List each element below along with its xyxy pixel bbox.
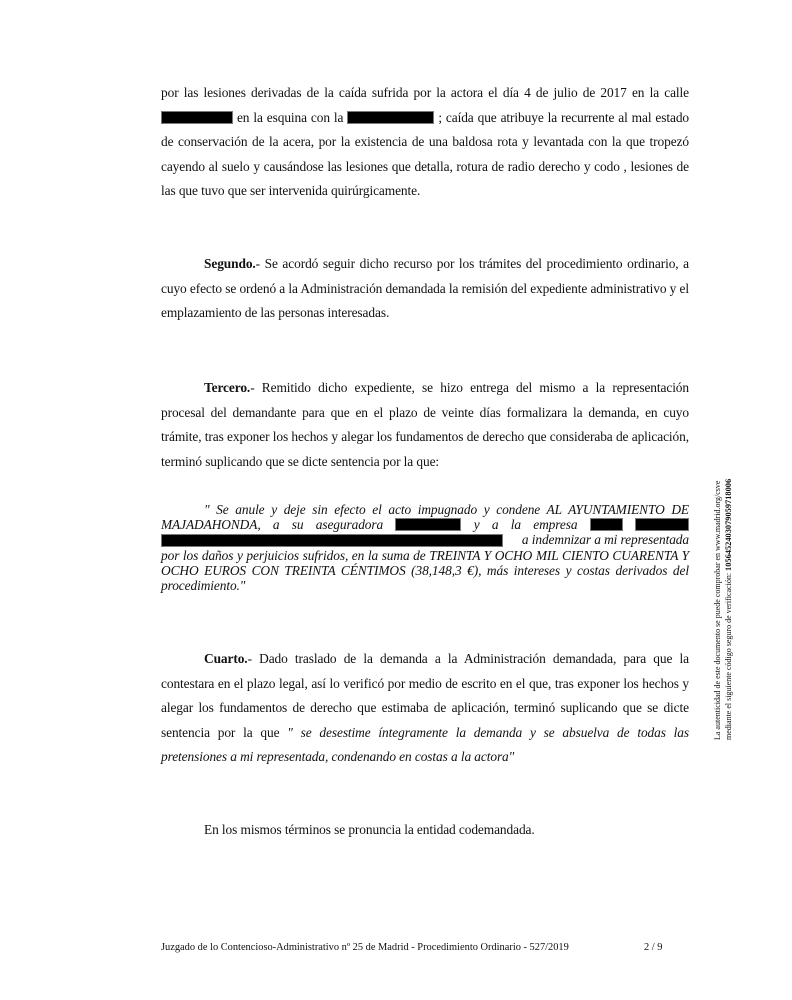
- redaction-box: [590, 518, 623, 531]
- verification-sidebar: La autenticidad de este documento se pue…: [712, 450, 734, 740]
- paragraph-segundo: Segundo.- Se acordó seguir dicho recurso…: [161, 252, 689, 326]
- continuation-text-1: por las lesiones derivadas de la caída s…: [161, 85, 689, 100]
- quote-line-2a: MAJADAHONDA, a su aseguradora: [161, 517, 383, 532]
- document-page: por las lesiones derivadas de la caída s…: [0, 0, 792, 1000]
- quote-line-1: " Se anule y deje sin efecto el acto imp…: [204, 502, 689, 517]
- redaction-box: [395, 518, 461, 531]
- page-number: 2 / 9: [644, 941, 662, 955]
- segundo-heading: Segundo.: [204, 256, 256, 271]
- codemandada-text: En los mismos términos se pronuncia la e…: [204, 822, 535, 837]
- verification-line-2: mediante el siguiente código seguro de v…: [723, 450, 734, 740]
- footer-court: Juzgado de lo Contencioso-Administrativo…: [161, 942, 569, 953]
- cuarto-heading: Cuarto.: [204, 651, 248, 666]
- verification-code: 1056452403079059718006: [724, 479, 733, 571]
- paragraph-cuarto: Cuarto.- Dado traslado de la demanda a l…: [161, 647, 689, 770]
- quote-line-3: a indemnizar a mi representada: [522, 532, 689, 547]
- paragraph-codemandada: En los mismos términos se pronuncia la e…: [161, 818, 689, 843]
- quote-rest: por los daños y perjuicios sufridos, en …: [161, 548, 689, 594]
- redaction-box: [347, 111, 434, 124]
- verification-line-1: La autenticidad de este documento se pue…: [712, 450, 723, 740]
- redaction-box: [161, 534, 503, 547]
- continuation-text-2: en la esquina con la: [237, 110, 343, 125]
- redaction-box: [635, 518, 689, 531]
- redaction-box: [161, 111, 233, 124]
- quote-line-2b: y a la empresa: [474, 517, 578, 532]
- paragraph-continuation: por las lesiones derivadas de la caída s…: [161, 81, 689, 204]
- paragraph-tercero: Tercero.- Remitido dicho expediente, se …: [161, 376, 689, 474]
- page-footer: Juzgado de lo Contencioso-Administrativo…: [161, 941, 681, 955]
- tercero-heading: Tercero.: [204, 380, 250, 395]
- quoted-petition: " Se anule y deje sin efecto el acto imp…: [161, 502, 689, 593]
